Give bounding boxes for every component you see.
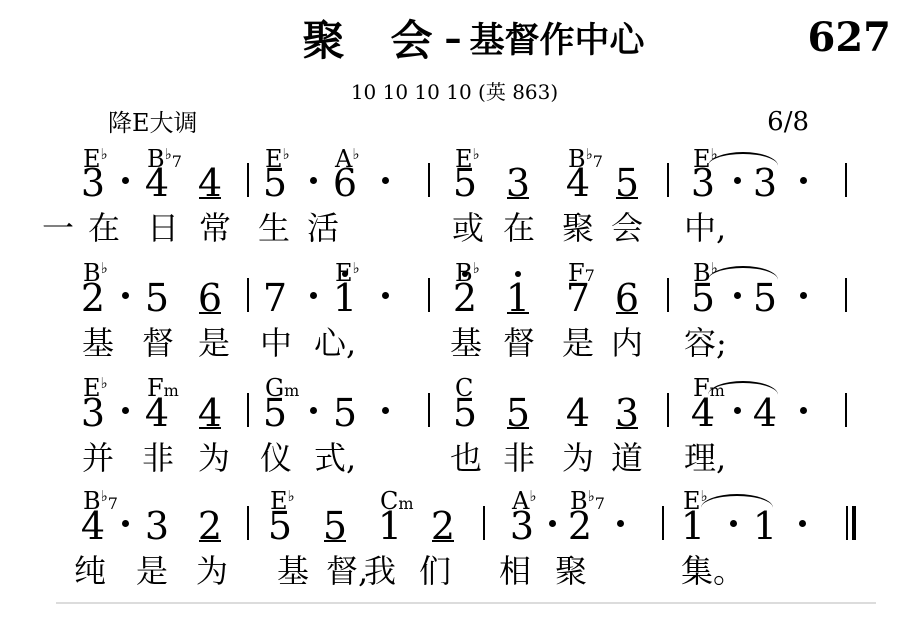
lyric-syllable: 聚 [562, 212, 594, 244]
barline [247, 393, 249, 427]
time-signature: 6/8 [767, 109, 809, 135]
note-underline [507, 197, 529, 199]
chord-symbol: F7 [568, 261, 595, 285]
tie-arc [708, 266, 778, 280]
chord-suffix: 7 [585, 266, 595, 285]
duration-dot [382, 177, 389, 184]
chord-symbol: B♭7 [83, 489, 118, 513]
chord-root: B [693, 259, 711, 287]
lyric-syllable: 中 [260, 327, 292, 359]
lyric-syllable: 中, [684, 212, 726, 244]
lyric-syllable: 非 [142, 442, 174, 474]
chord-symbol: C [455, 376, 473, 400]
chord-root: G [265, 374, 284, 402]
barline [845, 163, 847, 197]
duration-dot [800, 292, 807, 299]
barline [667, 278, 669, 312]
duration-dot [734, 292, 741, 299]
flat-sign: ♭ [586, 145, 593, 163]
duration-dot [122, 292, 129, 299]
chord-root: E [270, 487, 288, 515]
chord-root: A [512, 487, 529, 515]
octave-dot [515, 271, 521, 277]
lyric-syllable: 们 [419, 555, 451, 587]
hymn-number: 627 [808, 18, 892, 58]
note-underline [616, 312, 638, 314]
lyric-syllable: 生 [258, 212, 290, 244]
lyric-syllable: 内 [611, 327, 643, 359]
note-underline [616, 197, 638, 199]
flat-sign: ♭ [101, 145, 108, 163]
chord-suffix: 7 [593, 152, 603, 171]
chord-suffix: m [164, 381, 179, 400]
tie-arc [708, 152, 778, 166]
barline [428, 163, 430, 197]
barline [667, 163, 669, 197]
chord-root: B [83, 487, 101, 515]
duration-dot [122, 520, 129, 527]
chord-root: E [335, 259, 353, 287]
barline [667, 393, 669, 427]
lyric-syllable: 是 [136, 555, 168, 587]
flat-sign: ♭ [288, 487, 295, 505]
meter-line: 10 10 10 10 (英 863) [0, 82, 899, 102]
chord-root: B [568, 145, 586, 173]
duration-dot [549, 520, 556, 527]
lyric-syllable: 基 [277, 555, 309, 587]
lyric-syllable: 或 [452, 212, 484, 244]
hymn-subtitle: 基督作中心 [470, 24, 645, 59]
chord-symbol: Gm [265, 376, 299, 400]
note-underline [507, 312, 529, 314]
chord-symbol: A♭ [512, 489, 536, 513]
duration-dot [310, 407, 317, 414]
lyric-syllable: 督 [142, 327, 174, 359]
scan-artifact-line [56, 602, 876, 604]
lyric-syllable: 聚 [555, 555, 587, 587]
note-underline [324, 540, 346, 542]
flat-sign: ♭ [353, 259, 360, 277]
verse-number: 一 [42, 212, 74, 244]
note-underline [616, 427, 638, 429]
note-underline [199, 427, 221, 429]
flat-sign: ♭ [352, 145, 359, 163]
chord-symbol: B♭7 [570, 489, 605, 513]
note-digit: 4 [566, 394, 590, 432]
hymn-title: 聚 会 [302, 20, 434, 62]
chord-suffix: 7 [595, 494, 605, 513]
tie-arc [701, 494, 773, 508]
chord-suffix: 7 [172, 152, 182, 171]
lyric-syllable: 心, [314, 327, 356, 359]
note-underline [507, 427, 529, 429]
lyric-syllable: 在 [503, 212, 535, 244]
note-digit: 1 [753, 507, 777, 545]
barline [845, 393, 847, 427]
chord-suffix: 7 [108, 494, 118, 513]
chord-suffix: m [284, 381, 299, 400]
flat-sign: ♭ [101, 487, 108, 505]
chord-root: C [380, 487, 398, 515]
lyric-syllable: 在 [88, 212, 120, 244]
lyric-syllable: 道 [611, 442, 643, 474]
lyric-syllable: 活 [307, 212, 339, 244]
duration-dot [310, 177, 317, 184]
note-digit: 7 [263, 279, 287, 317]
barline [247, 506, 249, 540]
chord-root: F [693, 374, 710, 402]
lyric-syllable: 容; [684, 327, 727, 359]
barline [428, 393, 430, 427]
lyric-syllable: 集。 [681, 555, 745, 587]
chord-symbol: E♭ [83, 147, 108, 171]
duration-dot [122, 177, 129, 184]
lyric-syllable: 并 [82, 442, 114, 474]
duration-dot [382, 407, 389, 414]
note-underline [199, 540, 221, 542]
flat-sign: ♭ [473, 145, 480, 163]
note-underline [199, 312, 221, 314]
chord-root: B [147, 145, 165, 173]
lyric-syllable: 会 [611, 212, 643, 244]
duration-dot [382, 292, 389, 299]
chord-symbol: A♭ [335, 147, 359, 171]
chord-symbol: B♭7 [147, 147, 182, 171]
barline [247, 278, 249, 312]
chord-symbol: E♭ [335, 261, 360, 285]
chord-root: A [335, 145, 352, 173]
chord-symbol: B♭7 [568, 147, 603, 171]
note-digit: 4 [753, 394, 777, 432]
flat-sign: ♭ [473, 259, 480, 277]
chord-symbol: E♭ [455, 147, 480, 171]
barline [428, 278, 430, 312]
lyric-syllable: 为 [198, 442, 230, 474]
chord-symbol: E♭ [270, 489, 295, 513]
chord-root: E [83, 145, 101, 173]
flat-sign: ♭ [588, 487, 595, 505]
chord-root: F [568, 259, 585, 287]
barline [662, 506, 664, 540]
flat-sign: ♭ [529, 487, 536, 505]
duration-dot [800, 407, 807, 414]
duration-dot [800, 177, 807, 184]
flat-sign: ♭ [283, 145, 290, 163]
barline [483, 506, 485, 540]
chord-root: E [265, 145, 283, 173]
final-barline-thick [852, 506, 856, 540]
duration-dot [617, 520, 624, 527]
lyric-syllable: 是 [562, 327, 594, 359]
duration-dot [734, 407, 741, 414]
note-digit: 5 [333, 394, 357, 432]
lyric-syllable: 我 [364, 555, 396, 587]
note-digit: 5 [753, 279, 777, 317]
chord-root: F [147, 374, 164, 402]
title-row: 聚 会 – 基督作中心 [0, 20, 899, 62]
duration-dot [734, 177, 741, 184]
title-dash: – [445, 22, 462, 56]
chord-symbol: E♭ [83, 376, 108, 400]
chord-suffix: m [398, 494, 413, 513]
lyric-syllable: 是 [198, 327, 230, 359]
lyric-syllable: 也 [450, 442, 482, 474]
duration-dot [730, 520, 737, 527]
chord-root: E [83, 374, 101, 402]
chord-root: E [683, 487, 701, 515]
chord-symbol: Fm [147, 376, 179, 400]
lyric-syllable: 督, [326, 555, 368, 587]
note-digit: 3 [753, 164, 777, 202]
lyric-syllable: 仪 [260, 442, 292, 474]
lyric-syllable: 日 [147, 212, 179, 244]
chord-symbol: B♭ [83, 261, 108, 285]
final-barline-thin [846, 506, 848, 540]
lyric-syllable: 基 [450, 327, 482, 359]
lyric-syllable: 纯 [74, 555, 106, 587]
barline [845, 278, 847, 312]
flat-sign: ♭ [101, 259, 108, 277]
lyric-syllable: 非 [503, 442, 535, 474]
barline [247, 163, 249, 197]
hymn-sheet: 聚 会 – 基督作中心 627 10 10 10 10 (英 863) 降E大调… [0, 0, 899, 620]
lyric-syllable: 为 [196, 555, 228, 587]
note-digit: 3 [145, 507, 169, 545]
duration-dot [122, 407, 129, 414]
chord-root: C [455, 374, 473, 402]
chord-root: B [570, 487, 588, 515]
chord-symbol: B♭ [455, 261, 480, 285]
lyric-syllable: 式, [314, 442, 356, 474]
lyric-syllable: 为 [562, 442, 594, 474]
chord-root: E [693, 145, 711, 173]
lyric-syllable: 理, [684, 442, 726, 474]
duration-dot [310, 292, 317, 299]
lyric-syllable: 基 [82, 327, 114, 359]
flat-sign: ♭ [165, 145, 172, 163]
note-underline [199, 197, 221, 199]
chord-symbol: Cm [380, 489, 414, 513]
lyric-syllable: 相 [499, 555, 531, 587]
duration-dot [799, 520, 806, 527]
flat-sign: ♭ [101, 374, 108, 392]
lyric-syllable: 督 [503, 327, 535, 359]
key-signature: 降E大调 [108, 110, 198, 136]
note-underline [432, 540, 454, 542]
chord-symbol: E♭ [265, 147, 290, 171]
chord-root: E [455, 145, 473, 173]
chord-root: B [455, 259, 473, 287]
chord-root: B [83, 259, 101, 287]
lyric-syllable: 常 [199, 212, 231, 244]
note-digit: 5 [145, 279, 169, 317]
